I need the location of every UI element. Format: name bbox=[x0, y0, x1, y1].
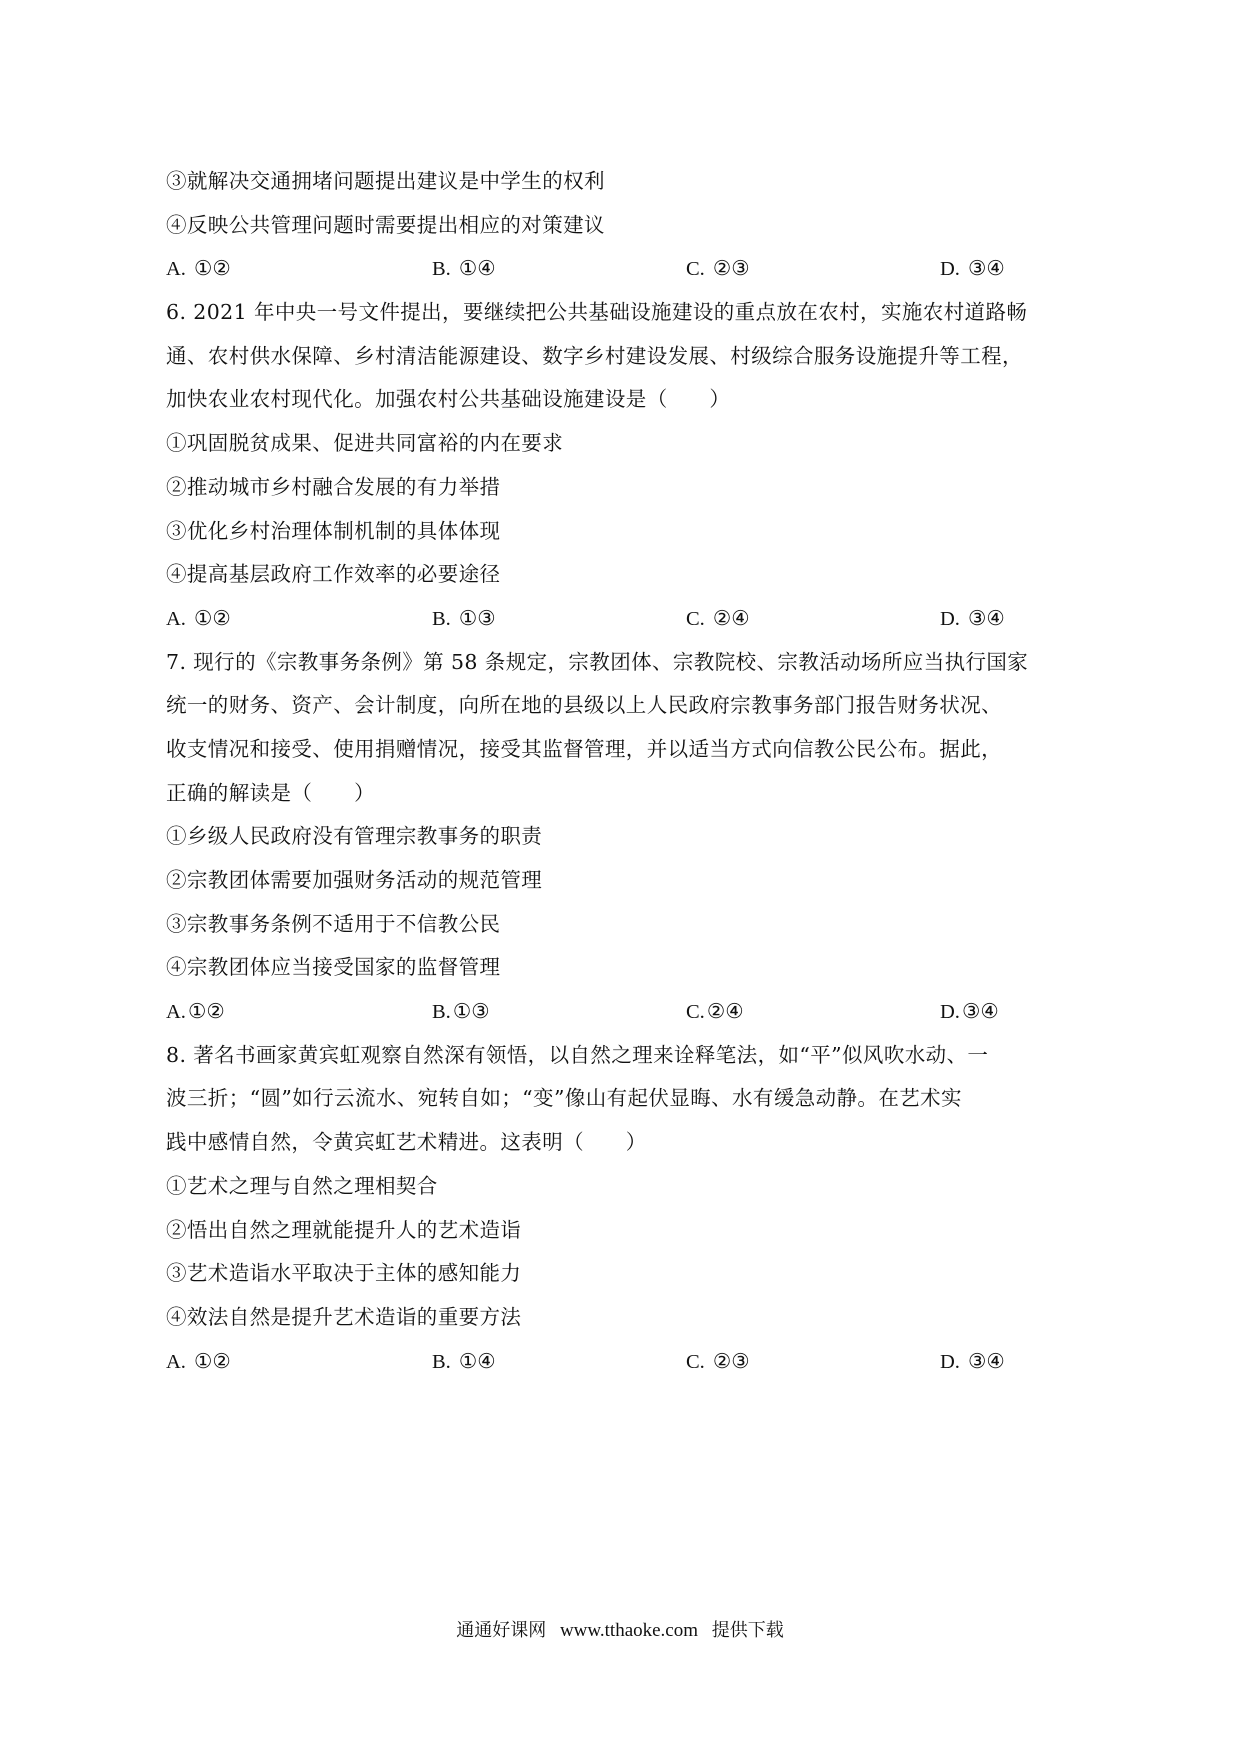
q7-statement-1: ①乡级人民政府没有管理宗教事务的职责 bbox=[166, 815, 1076, 859]
q8-stem-line-2: 波三折；“圆”如行云流水、宛转自如；“变”像山有起伏显晦、水有缓急动静。在艺术实 bbox=[166, 1077, 1076, 1121]
q7-stem-line-4: 正确的解读是（ ） bbox=[166, 772, 1076, 816]
exam-page: ③就解决交通拥堵问题提出建议是中学生的权利 ④反映公共管理问题时需要提出相应的对… bbox=[166, 160, 1076, 1383]
q8-option-a: A.①② bbox=[166, 1340, 231, 1385]
q7-statement-2: ②宗教团体需要加强财务活动的规范管理 bbox=[166, 859, 1076, 903]
q7-option-c: C.②④ bbox=[686, 990, 744, 1035]
question-5-tail: ③就解决交通拥堵问题提出建议是中学生的权利 ④反映公共管理问题时需要提出相应的对… bbox=[166, 160, 1076, 291]
q7-stem-line-1: 7. 现行的《宗教事务条例》第 58 条规定，宗教团体、宗教院校、宗教活动场所应… bbox=[166, 641, 1076, 685]
q6-stem-line-2: 通、农村供水保障、乡村清洁能源建设、数字乡村建设发展、村级综合服务设施提升等工程… bbox=[166, 335, 1076, 379]
q5-option-a: A.①② bbox=[166, 247, 231, 292]
q7-stem-line-2: 统一的财务、资产、会计制度，向所在地的县级以上人民政府宗教事务部门报告财务状况、 bbox=[166, 684, 1076, 728]
q7-statement-4: ④宗教团体应当接受国家的监督管理 bbox=[166, 946, 1076, 990]
q6-statement-1: ①巩固脱贫成果、促进共同富裕的内在要求 bbox=[166, 422, 1076, 466]
q7-option-d: D.③④ bbox=[940, 990, 999, 1035]
q8-stem-line-1: 8. 著名书画家黄宾虹观察自然深有领悟，以自然之理来诠释笔法，如“平”似风吹水动… bbox=[166, 1034, 1076, 1078]
q8-stem-line-3: 践中感情自然，令黄宾虹艺术精进。这表明（ ） bbox=[166, 1121, 1076, 1165]
q6-stem-line-1: 6. 2021 年中央一号文件提出，要继续把公共基础设施建设的重点放在农村，实施… bbox=[166, 291, 1076, 335]
question-8: 8. 著名书画家黄宾虹观察自然深有领悟，以自然之理来诠释笔法，如“平”似风吹水动… bbox=[166, 1034, 1076, 1384]
q6-option-c: C.②④ bbox=[686, 597, 750, 642]
q7-statement-3: ③宗教事务条例不适用于不信教公民 bbox=[166, 903, 1076, 947]
q5-option-b: B.①④ bbox=[432, 247, 496, 292]
q8-option-c: C.②③ bbox=[686, 1340, 750, 1385]
footer-suffix: 提供下载 bbox=[712, 1620, 784, 1641]
page-footer: 通通好课网 www.tthaoke.com 提供下载 bbox=[0, 1616, 1240, 1642]
q6-statement-3: ③优化乡村治理体制机制的具体体现 bbox=[166, 510, 1076, 554]
question-6: 6. 2021 年中央一号文件提出，要继续把公共基础设施建设的重点放在农村，实施… bbox=[166, 291, 1076, 641]
q8-statement-2: ②悟出自然之理就能提升人的艺术造诣 bbox=[166, 1209, 1076, 1253]
q6-options: A.①② B.①③ C.②④ D.③④ bbox=[166, 597, 1076, 641]
q7-option-b: B.①③ bbox=[432, 990, 490, 1035]
q5-option-c: C.②③ bbox=[686, 247, 750, 292]
q8-statement-1: ①艺术之理与自然之理相契合 bbox=[166, 1165, 1076, 1209]
q5-statement-4: ④反映公共管理问题时需要提出相应的对策建议 bbox=[166, 204, 1076, 248]
q7-options: A.①② B.①③ C.②④ D.③④ bbox=[166, 990, 1076, 1034]
footer-site-name: 通通好课网 bbox=[456, 1620, 546, 1641]
question-7: 7. 现行的《宗教事务条例》第 58 条规定，宗教团体、宗教院校、宗教活动场所应… bbox=[166, 641, 1076, 1034]
q6-statement-2: ②推动城市乡村融合发展的有力举措 bbox=[166, 466, 1076, 510]
q7-option-a: A.①② bbox=[166, 990, 225, 1035]
q8-statement-3: ③艺术造诣水平取决于主体的感知能力 bbox=[166, 1252, 1076, 1296]
q5-statement-3: ③就解决交通拥堵问题提出建议是中学生的权利 bbox=[166, 160, 1076, 204]
q8-options: A.①② B.①④ C.②③ D.③④ bbox=[166, 1340, 1076, 1384]
q6-option-a: A.①② bbox=[166, 597, 231, 642]
q6-stem-line-3: 加快农业农村现代化。加强农村公共基础设施建设是（ ） bbox=[166, 378, 1076, 422]
q8-statement-4: ④效法自然是提升艺术造诣的重要方法 bbox=[166, 1296, 1076, 1340]
q7-stem-line-3: 收支情况和接受、使用捐赠情况，接受其监督管理，并以适当方式向信教公民公布。据此， bbox=[166, 728, 1076, 772]
q6-statement-4: ④提高基层政府工作效率的必要途径 bbox=[166, 553, 1076, 597]
q6-option-b: B.①③ bbox=[432, 597, 496, 642]
q5-option-d: D.③④ bbox=[940, 247, 1005, 292]
q8-option-d: D.③④ bbox=[940, 1340, 1005, 1385]
q6-option-d: D.③④ bbox=[940, 597, 1005, 642]
q5-options: A.①② B.①④ C.②③ D.③④ bbox=[166, 247, 1076, 291]
footer-url-link[interactable]: www.tthaoke.com bbox=[560, 1620, 698, 1641]
q8-option-b: B.①④ bbox=[432, 1340, 496, 1385]
